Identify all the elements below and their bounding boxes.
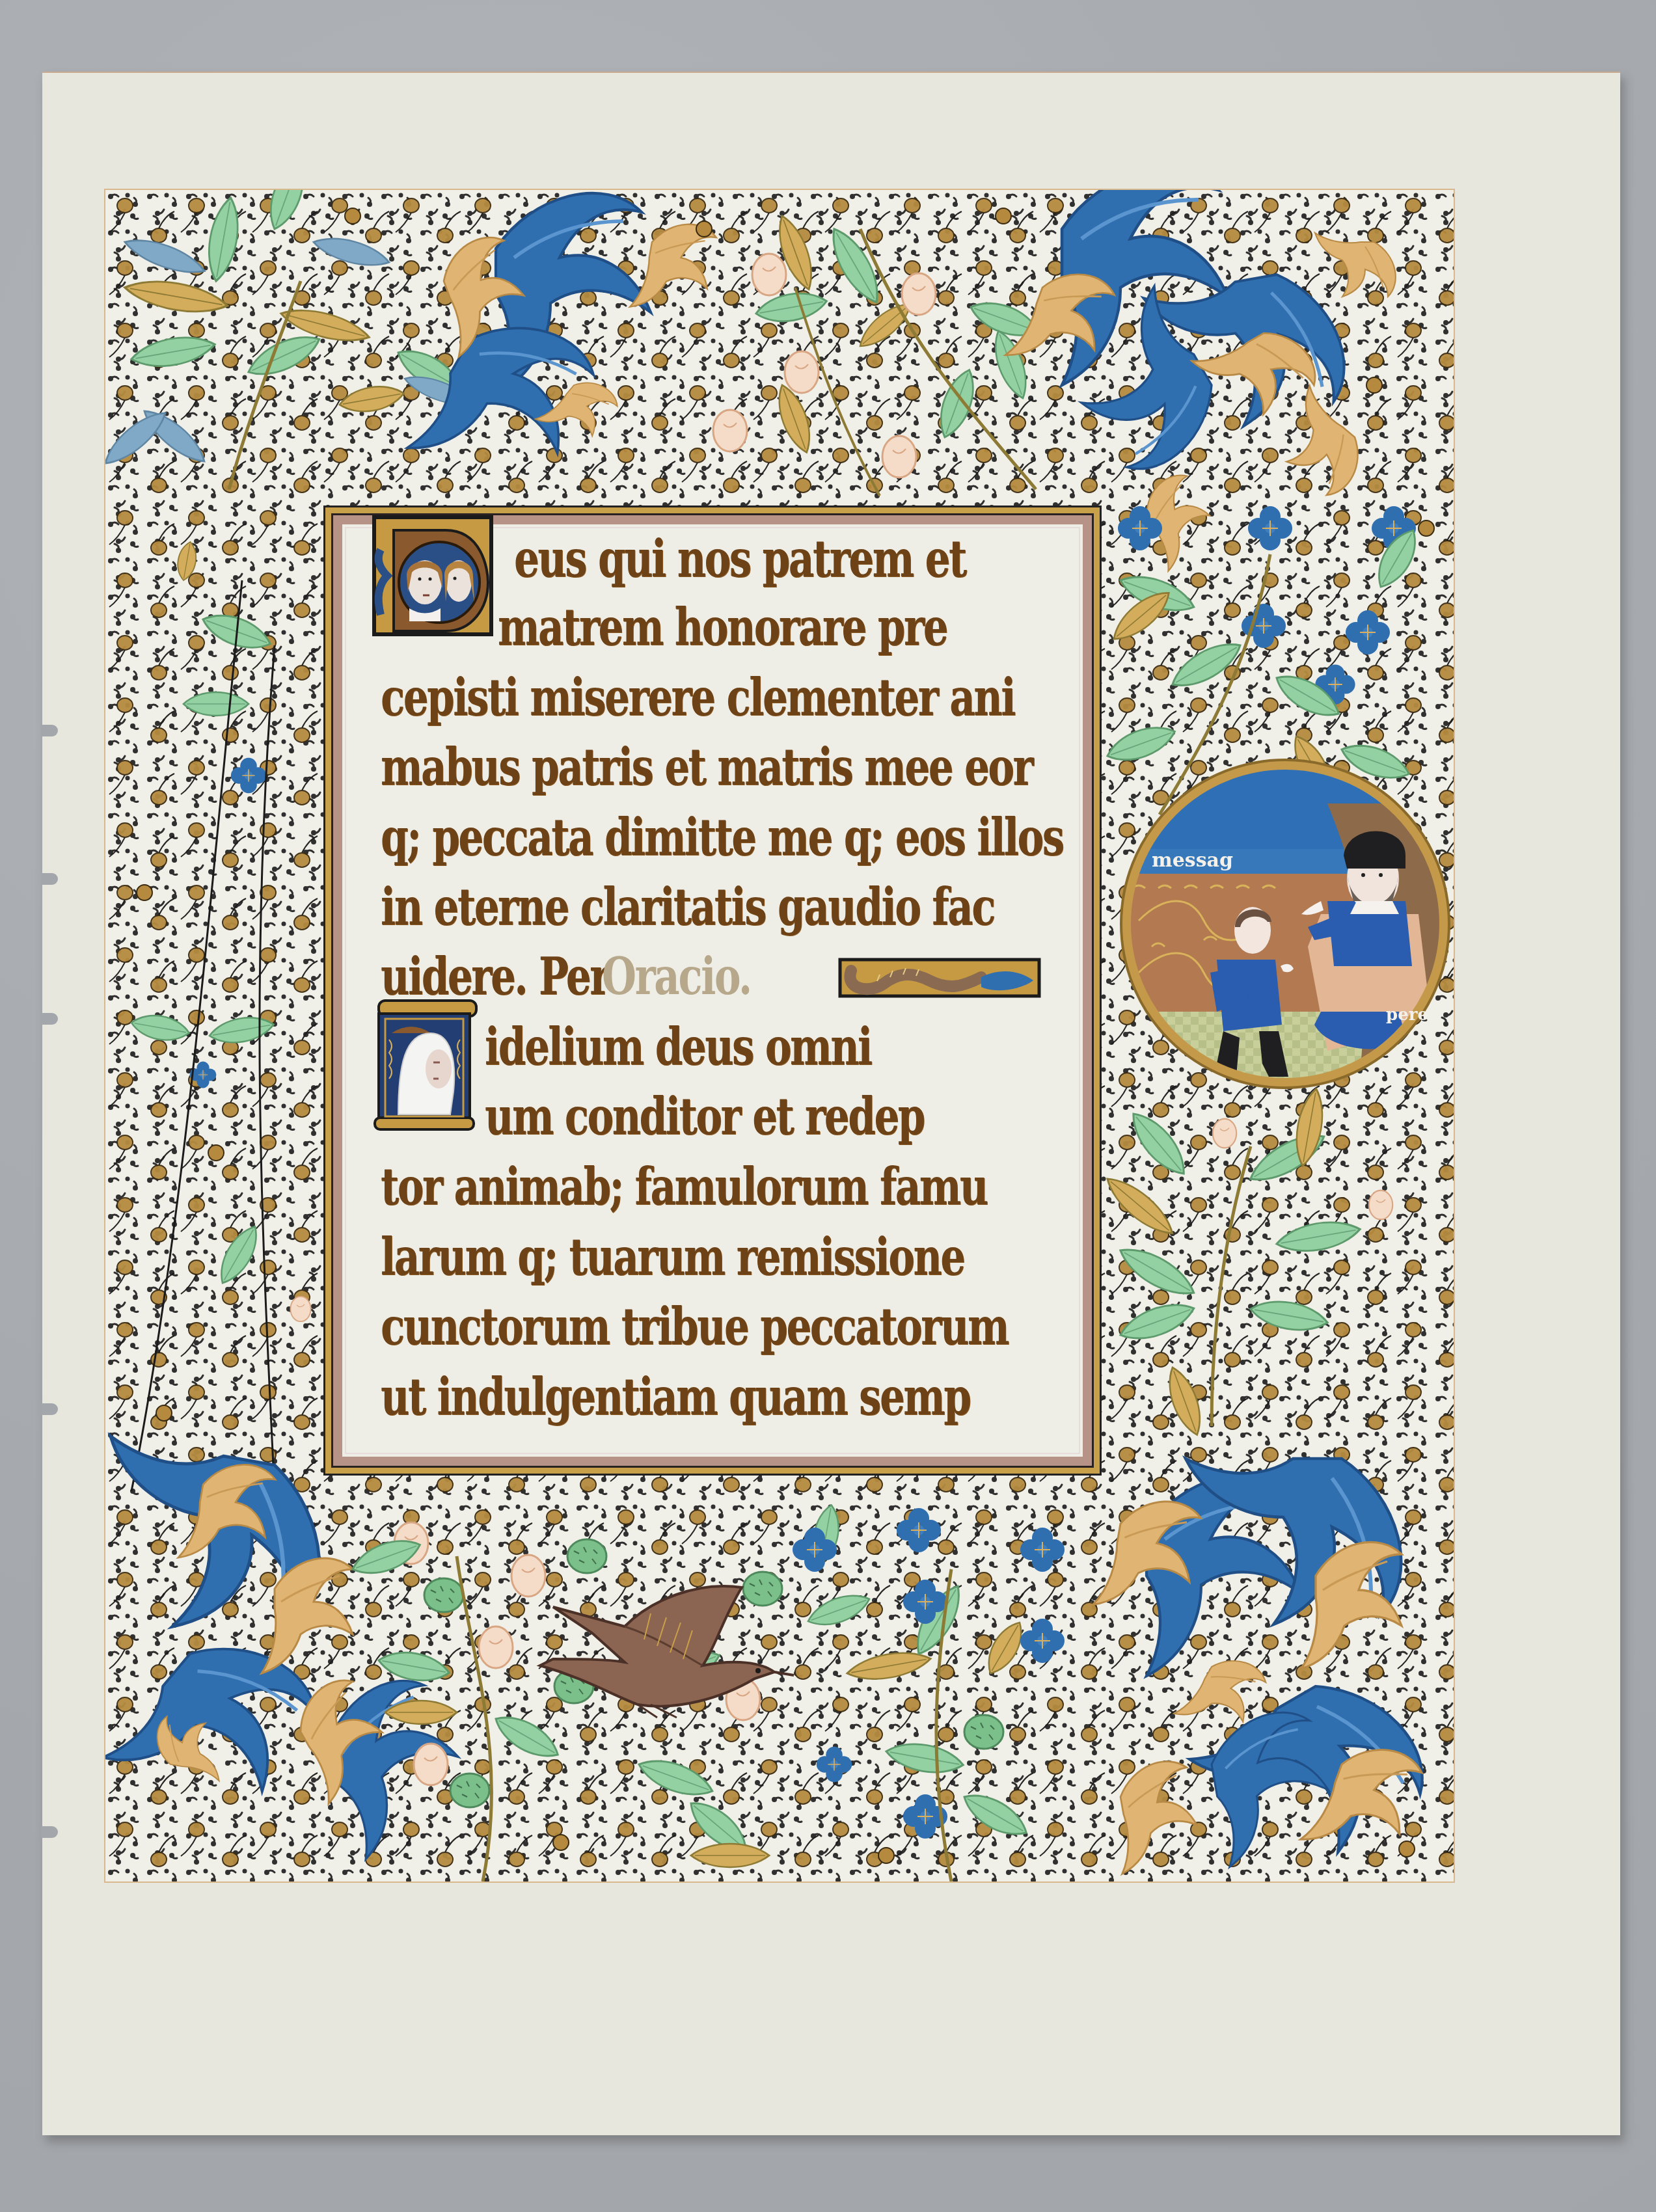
text-line: larum q; tuarum remissione — [381, 1232, 964, 1284]
roundel-inscription-upper: messag — [1152, 849, 1233, 872]
text-line: mabus patris et matris mee eor — [381, 742, 1032, 794]
binding-notch — [41, 1403, 58, 1415]
binding-notch — [41, 873, 58, 885]
historiated-initial-f — [366, 994, 483, 1134]
text-line: matrem honorare pre — [498, 602, 947, 654]
binding-notch — [41, 725, 58, 736]
binding-notch — [41, 1013, 58, 1025]
text-line: tor animab; famulorum famu — [381, 1161, 987, 1213]
text-line: cepisti miserere clementer ani — [381, 672, 1014, 724]
roundel-miniature — [1113, 751, 1458, 1096]
text-line: eus qui nos patrem et — [514, 533, 966, 586]
text-line: ut indulgentiam quam semp — [381, 1371, 970, 1423]
text-line: idelium deus omni — [485, 1021, 871, 1073]
text-line: um conditor et redep — [485, 1091, 924, 1143]
bird-illustration — [527, 1561, 800, 1731]
text-line: q; peccata dimitte me q; eos illos — [381, 812, 1063, 864]
line-filler-dragon — [838, 958, 1041, 1001]
text-line: uidere. Per — [381, 951, 609, 1003]
historiated-initial-d — [368, 511, 498, 641]
roundel-inscription-lower: pere — [1386, 1005, 1428, 1025]
binding-notch — [41, 1826, 58, 1838]
rubric-oracio: Oracio. — [602, 951, 751, 1003]
text-line: cunctorum tribue peccatorum — [381, 1301, 1008, 1353]
text-line: in eterne claritatis gaudio fac — [381, 882, 994, 934]
